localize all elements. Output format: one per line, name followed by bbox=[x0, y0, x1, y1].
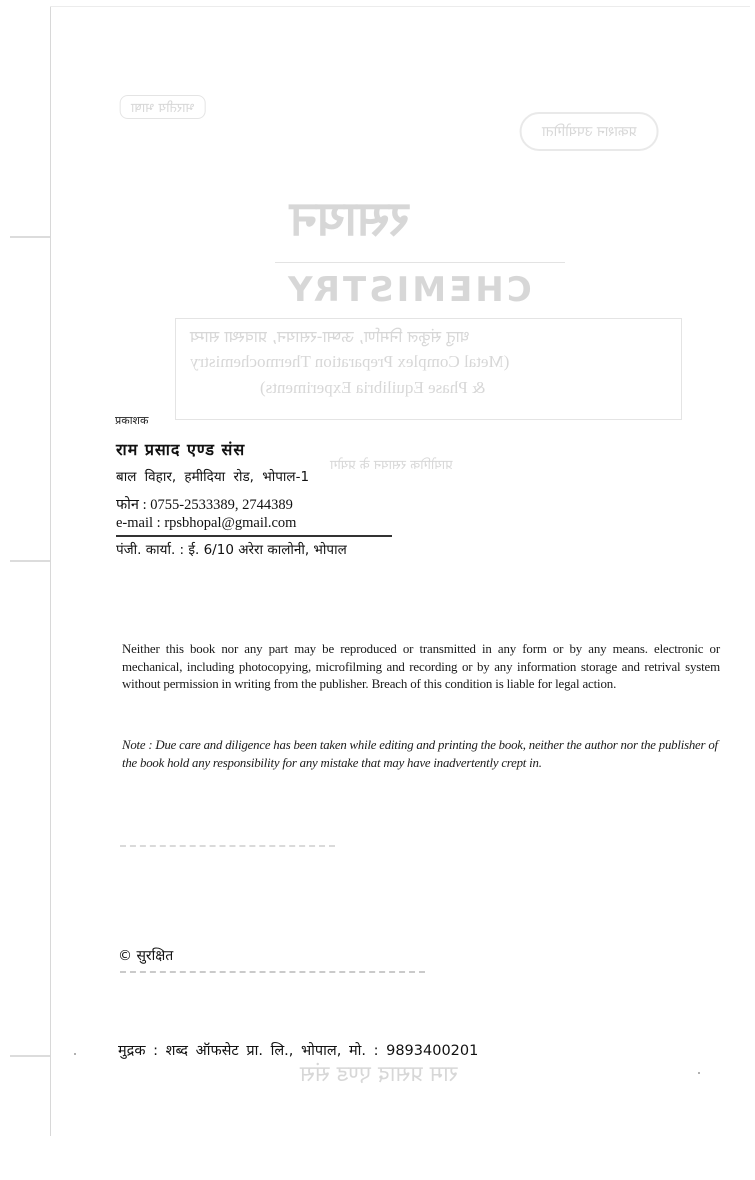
margin-mark bbox=[10, 236, 50, 238]
disclaimer-note: Note : Due care and diligence has been t… bbox=[122, 737, 722, 772]
show-through-rule bbox=[275, 262, 565, 263]
divider-rule bbox=[116, 535, 392, 537]
show-through-title-hindi: रसायन bbox=[290, 185, 409, 250]
show-through-box-line: धातु संकुल निर्माण, ऊष्मा-रसायन, प्रावस्… bbox=[190, 325, 470, 347]
page-edge bbox=[50, 6, 51, 1136]
show-through-box-line: & Phase Equilibria Experiments) bbox=[260, 378, 485, 398]
publisher-name: राम प्रसाद एण्ड संस bbox=[116, 438, 245, 460]
printer-info: मुद्रक : शब्द ऑफसेट प्रा. लि., भोपाल, मो… bbox=[118, 1040, 478, 1060]
show-through-line: प्रायोगिक रसायन के प्रयोग bbox=[330, 455, 453, 473]
margin-mark bbox=[10, 560, 50, 562]
show-through-title-english: CHEMISTRY bbox=[285, 270, 532, 310]
publisher-label: प्रकाशक bbox=[115, 413, 148, 428]
scan-speck bbox=[698, 1072, 700, 1074]
publisher-address: बाल विहार, हमीदिया रोड, भोपाल-1 bbox=[116, 467, 309, 485]
copyright-notice: © सुरक्षित bbox=[118, 946, 173, 965]
rights-notice: Neither this book nor any part may be re… bbox=[122, 641, 720, 694]
faint-show-through-line bbox=[120, 845, 335, 861]
publisher-phone: फोन : 0755-2533389, 2744389 bbox=[116, 494, 293, 514]
margin-mark bbox=[10, 1055, 50, 1057]
faint-show-through-line bbox=[120, 971, 425, 973]
show-through-box-line: (Metal Complex Preparation Thermochemist… bbox=[190, 352, 509, 372]
show-through-badge-right: प्रकाशन उपयोगिता bbox=[520, 112, 659, 151]
show-through-badge-left: भारतीय भाषा bbox=[120, 95, 206, 119]
scan-speck bbox=[74, 1053, 76, 1055]
show-through-publisher: राम प्रसाद एण्ड संस bbox=[300, 1058, 458, 1088]
page-top-edge bbox=[50, 6, 750, 7]
registered-office: पंजी. कार्या. : ई. 6/10 अरेरा कालोनी, भो… bbox=[116, 540, 347, 558]
publisher-email: e-mail : rpsbhopal@gmail.com bbox=[116, 515, 296, 532]
